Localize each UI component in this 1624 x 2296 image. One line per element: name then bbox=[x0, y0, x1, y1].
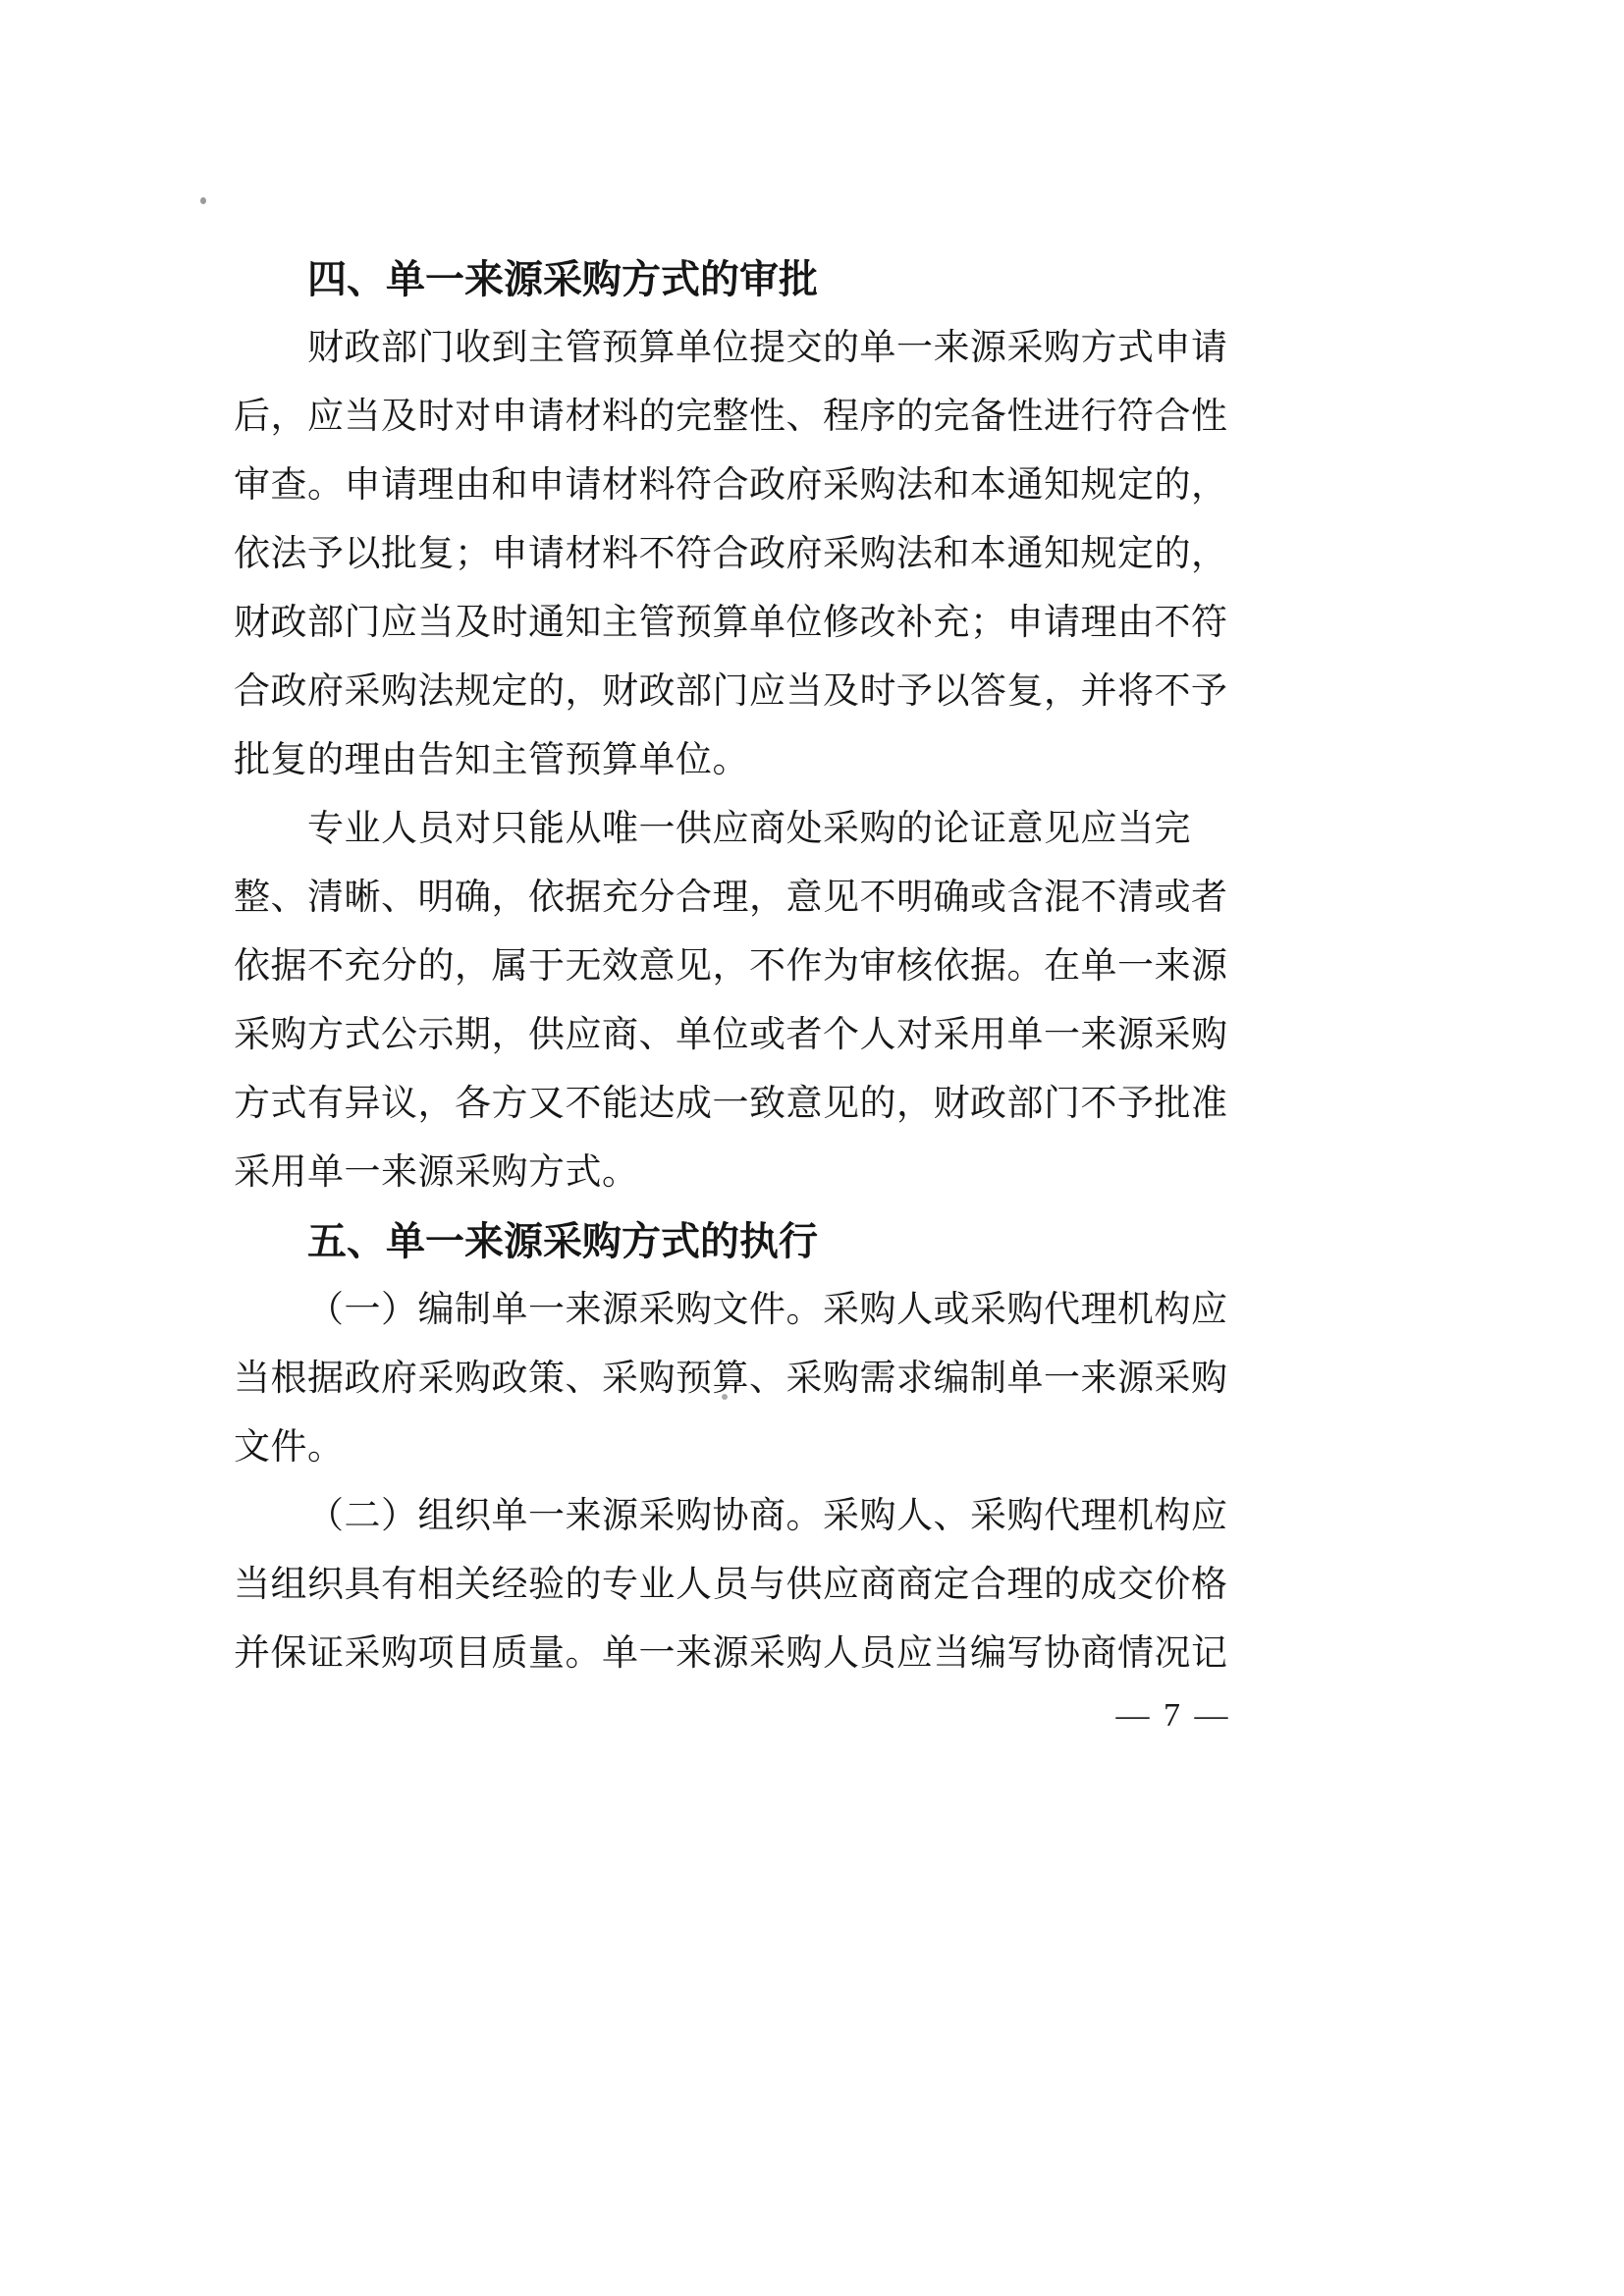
text-line: 整、清晰、明确，依据充分合理，意见不明确或含混不清或者 bbox=[234, 864, 1241, 933]
text-line: 采购方式公示期，供应商、单位或者个人对采用单一来源采购 bbox=[234, 1001, 1241, 1070]
scan-speck bbox=[200, 197, 206, 204]
text-line: 专业人员对只能从唯一供应商处采购的论证意见应当完 bbox=[234, 795, 1241, 864]
text-block: 四、单一来源采购方式的审批 财政部门收到主管预算单位提交的单一来源采购方式申请 … bbox=[234, 245, 1241, 1688]
text-line: 依法予以批复；申请材料不符合政府采购法和本通知规定的， bbox=[234, 520, 1241, 589]
text-line: 文件。 bbox=[234, 1414, 1241, 1482]
text-line: 审查。申请理由和申请材料符合政府采购法和本通知规定的， bbox=[234, 452, 1241, 520]
section-heading-execution: 五、单一来源采购方式的执行 bbox=[234, 1207, 1241, 1276]
text-line: 采用单一来源采购方式。 bbox=[234, 1139, 1241, 1207]
text-line: 依据不充分的，属于无效意见，不作为审核依据。在单一来源 bbox=[234, 933, 1241, 1001]
text-line: 并保证采购项目质量。单一来源采购人员应当编写协商情况记 bbox=[234, 1620, 1241, 1688]
text-line: 批复的理由告知主管预算单位。 bbox=[234, 726, 1241, 795]
text-line: 合政府采购法规定的，财政部门应当及时予以答复，并将不予 bbox=[234, 658, 1241, 726]
text-line: 方式有异议，各方又不能达成一致意见的，财政部门不予批准 bbox=[234, 1070, 1241, 1139]
text-line: 当组织具有相关经验的专业人员与供应商商定合理的成交价格 bbox=[234, 1551, 1241, 1620]
document-page: 四、单一来源采购方式的审批 财政部门收到主管预算单位提交的单一来源采购方式申请 … bbox=[0, 0, 1624, 2296]
text-line: 当根据政府采购政策、采购预算、采购需求编制单一来源采购 bbox=[234, 1345, 1241, 1414]
text-line: （二）组织单一来源采购协商。采购人、采购代理机构应 bbox=[234, 1482, 1241, 1551]
text-line: 后，应当及时对申请材料的完整性、程序的完备性进行符合性 bbox=[234, 383, 1241, 452]
text-line: （一）编制单一来源采购文件。采购人或采购代理机构应 bbox=[234, 1276, 1241, 1345]
text-line: 财政部门应当及时通知主管预算单位修改补充；申请理由不符 bbox=[234, 589, 1241, 658]
section-heading-approval: 四、单一来源采购方式的审批 bbox=[234, 245, 1241, 314]
page-number: — 7 — bbox=[1100, 1694, 1247, 1737]
text-line: 财政部门收到主管预算单位提交的单一来源采购方式申请 bbox=[234, 314, 1241, 383]
